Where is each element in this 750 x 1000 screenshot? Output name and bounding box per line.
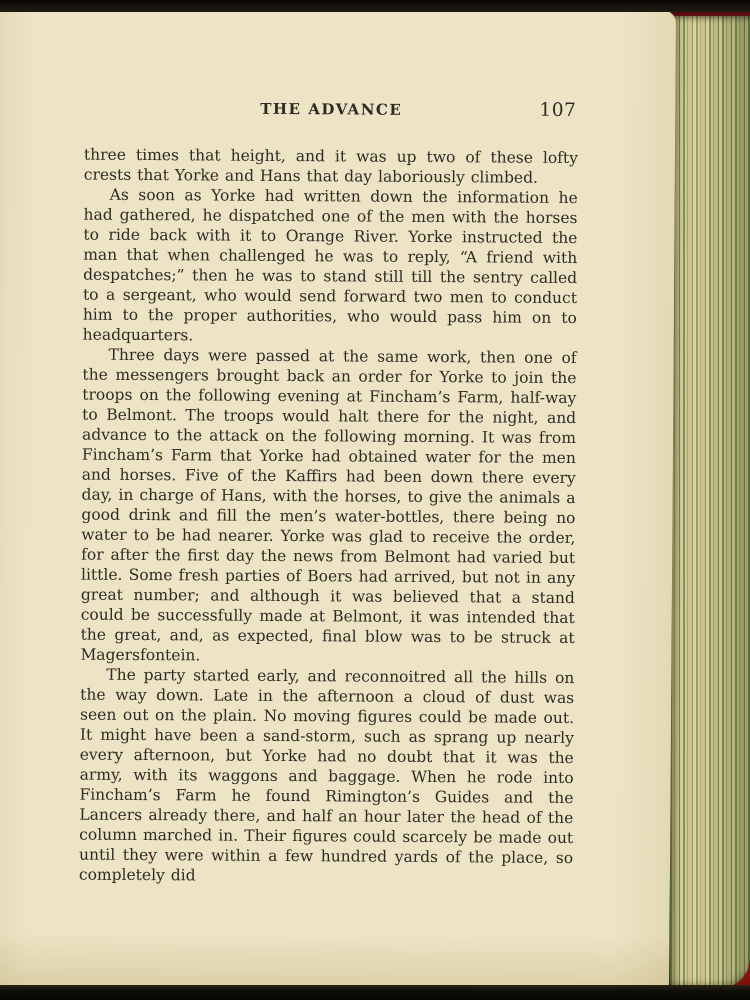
paragraph: three times that height, and it was up t… xyxy=(84,145,578,188)
running-title: THE ADVANCE xyxy=(84,99,578,120)
page-fore-edge-stack xyxy=(670,16,750,988)
paragraph: As soon as Yorke had written down the in… xyxy=(83,185,578,348)
page-number: 107 xyxy=(539,100,576,121)
paragraph: Three days were passed at the same work,… xyxy=(80,345,576,668)
page-content: THE ADVANCE 107 three times that height,… xyxy=(79,99,578,888)
book-top-edge xyxy=(0,0,750,12)
book-photo: THE ADVANCE 107 three times that height,… xyxy=(0,0,750,1000)
page-body-text: three times that height, and it was up t… xyxy=(79,145,578,888)
book-bottom-edge xyxy=(0,985,750,1000)
page-header: THE ADVANCE 107 xyxy=(84,99,578,124)
book-page: THE ADVANCE 107 three times that height,… xyxy=(0,6,676,991)
paragraph: The party started early, and reconnoitre… xyxy=(79,665,575,888)
